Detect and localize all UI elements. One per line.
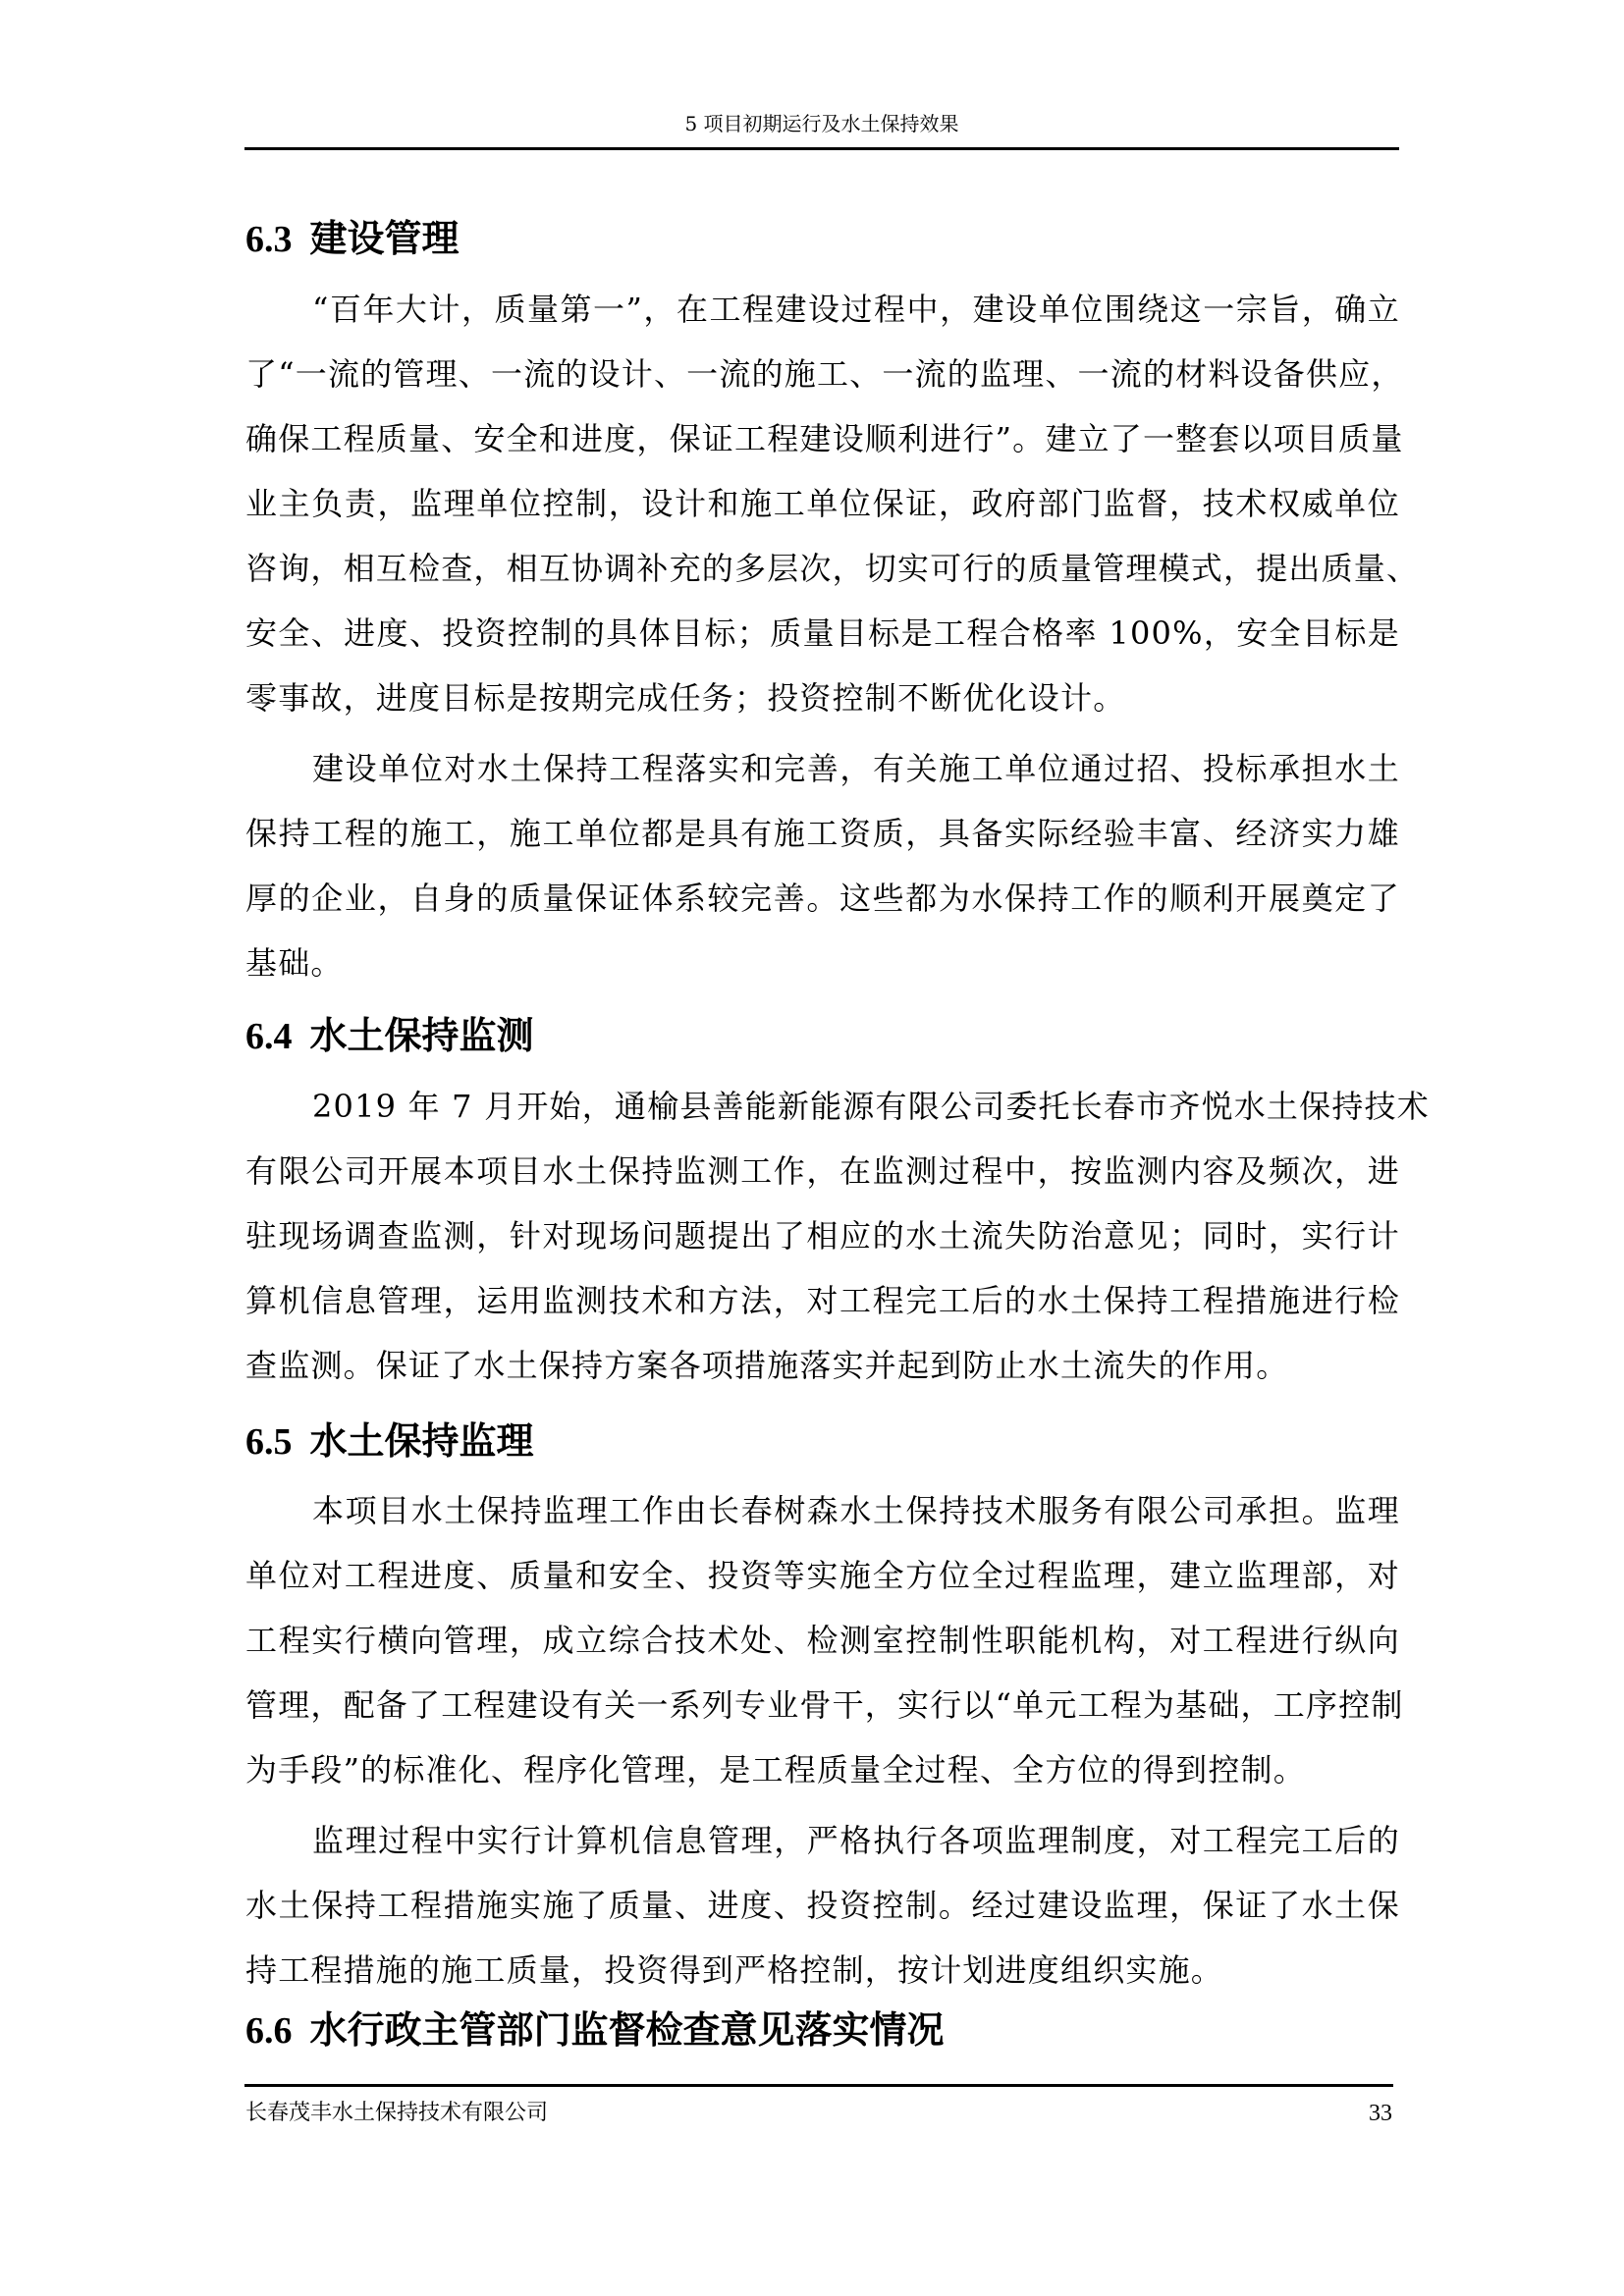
- section-title: 建设管理: [310, 216, 460, 260]
- paragraph-line: 驻现场调查监测，针对现场问题提出了相应的水土流失防治意见；同时，实行计: [245, 1214, 1400, 1257]
- page-number: 33: [1369, 2099, 1392, 2128]
- paragraph-line: 监理过程中实行计算机信息管理，严格执行各项监理制度，对工程完工后的: [245, 1819, 1400, 1862]
- paragraph-line: 工程实行横向管理，成立综合技术处、检测室控制性职能机构，对工程进行纵向: [245, 1619, 1400, 1662]
- paragraph-line: 为手段”的标准化、程序化管理，是工程质量全过程、全方位的得到控制。: [245, 1748, 1400, 1791]
- footer-company: 长春茂丰水土保持技术有限公司: [245, 2099, 548, 2128]
- paragraph-line: 水土保持工程措施实施了质量、进度、投资控制。经过建设监理，保证了水土保: [245, 1884, 1400, 1927]
- section-title: 水土保持监测: [310, 1013, 534, 1057]
- section-heading-6-3: 6.3建设管理: [245, 214, 460, 264]
- paragraph-line: 2019 年 7 月开始，通榆县善能新能源有限公司委托长春市齐悦水土保持技术: [245, 1085, 1400, 1128]
- paragraph-line: 本项目水土保持监理工作由长春树森水土保持技术服务有限公司承担。监理: [245, 1489, 1400, 1532]
- paragraph-line: 管理，配备了工程建设有关一系列专业骨干，实行以“单元工程为基础，工序控制: [245, 1683, 1400, 1727]
- section-number: 6.5: [245, 1421, 293, 1463]
- paragraph-line: 有限公司开展本项目水土保持监测工作，在监测过程中，按监测内容及频次，进: [245, 1149, 1400, 1193]
- section-heading-6-5: 6.5水土保持监理: [245, 1416, 534, 1467]
- paragraph-line: 基础。: [245, 941, 1400, 985]
- paragraph-line: “百年大计，质量第一”，在工程建设过程中，建设单位围绕这一宗旨，确立: [245, 288, 1400, 331]
- section-number: 6.4: [245, 1016, 293, 1057]
- paragraph-line: 确保工程质量、安全和进度，保证工程建设顺利进行”。建立了一整套以项目质量: [245, 417, 1400, 460]
- paragraph-line: 业主负责，监理单位控制，设计和施工单位保证，政府部门监督，技术权威单位: [245, 482, 1400, 525]
- section-title: 水行政主管部门监督检查意见落实情况: [310, 2007, 945, 2052]
- paragraph-line: 了“一流的管理、一流的设计、一流的施工、一流的监理、一流的材料设备供应，: [245, 352, 1400, 396]
- header-rule: [244, 147, 1399, 150]
- paragraph-line: 算机信息管理，运用监测技术和方法，对工程完工后的水土保持工程措施进行检: [245, 1279, 1400, 1322]
- section-number: 6.6: [245, 2010, 293, 2052]
- paragraph-line: 查监测。保证了水土保持方案各项措施落实并起到防止水土流失的作用。: [245, 1344, 1400, 1387]
- chapter-title: 5 项目初期运行及水土保持效果: [684, 112, 958, 135]
- paragraph-line: 建设单位对水土保持工程落实和完善，有关施工单位通过招、投标承担水土: [245, 747, 1400, 790]
- paragraph-line: 厚的企业，自身的质量保证体系较完善。这些都为水保持工作的顺利开展奠定了: [245, 877, 1400, 920]
- section-number: 6.3: [245, 219, 293, 260]
- section-heading-6-6: 6.6水行政主管部门监督检查意见落实情况: [245, 2005, 945, 2056]
- section-heading-6-4: 6.4水土保持监测: [245, 1011, 534, 1061]
- page-header: 5 项目初期运行及水土保持效果: [244, 110, 1399, 137]
- paragraph-line: 零事故，进度目标是按期完成任务；投资控制不断优化设计。: [245, 676, 1400, 720]
- footer-rule: [244, 2084, 1393, 2087]
- paragraph-line: 单位对工程进度、质量和安全、投资等实施全方位全过程监理，建立监理部，对: [245, 1554, 1400, 1597]
- paragraph-line: 保持工程的施工，施工单位都是具有施工资质，具备实际经验丰富、经济实力雄: [245, 812, 1400, 855]
- section-title: 水土保持监理: [310, 1418, 534, 1463]
- paragraph-line: 持工程措施的施工质量，投资得到严格控制，按计划进度组织实施。: [245, 1949, 1400, 1992]
- paragraph-line: 安全、进度、投资控制的具体目标；质量目标是工程合格率 100%，安全目标是: [245, 612, 1400, 655]
- paragraph-line: 咨询，相互检查，相互协调补充的多层次，切实可行的质量管理模式，提出质量、: [245, 547, 1400, 590]
